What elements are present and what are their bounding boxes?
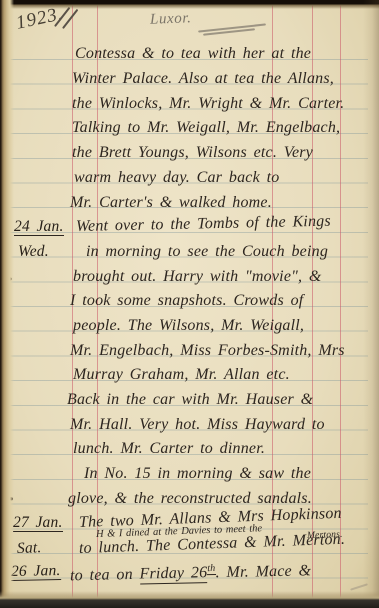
margin-date-27jan: 27 Jan. — [13, 514, 63, 532]
diary-line: Winter Palace. Also at tea the Allans, — [72, 69, 334, 89]
diary-page-photo: 1923. Luxor. Contessa & to tea with her … — [0, 0, 379, 608]
photo-bottom-edge — [0, 591, 379, 608]
diary-line-segment: to tea on — [70, 566, 140, 584]
book-binding-edge — [0, 0, 14, 608]
diary-line: I took some snapshots. Crowds of — [70, 291, 303, 311]
diary-line: Contessa & to tea with her at the — [75, 44, 311, 64]
diary-line: lunch. Mr. Carter to dinner. — [73, 439, 265, 459]
diary-line: Mr. Hall. Very hot. Miss Hayward to — [70, 415, 325, 435]
diary-line: Mr. Engelbach, Miss Forbes-Smith, Mrs — [70, 341, 345, 361]
diary-line-segment: . Mr. Mace & — [215, 562, 311, 581]
diary-line: Back in the car with Mr. Hauser & — [67, 390, 313, 410]
margin-date-26jan: 26 Jan. — [11, 562, 61, 581]
diary-line: brought out. Harry with "movie", & — [73, 267, 322, 287]
diary-line: the Brett Youngs, Wilsons etc. Very — [72, 143, 313, 163]
diary-line: Murray Graham, Mr. Allan etc. — [73, 365, 290, 385]
diary-line: to tea on Friday 26th. Mr. Mace & — [70, 557, 312, 586]
margin-day-24jan: Wed. — [18, 243, 49, 260]
diary-line: Talking to Mr. Weigall, Mr. Engelbach, — [72, 118, 340, 138]
margin-date-24jan: 24 Jan. — [14, 218, 64, 236]
photo-top-edge — [0, 0, 379, 9]
ordinal-suffix: th — [207, 563, 215, 575]
diary-line: warm heavy day. Car back to — [74, 168, 279, 188]
underlined-date-text: Friday 26 — [139, 564, 207, 584]
margin-day-27jan: Sat. — [17, 539, 42, 557]
diary-line: the Winlocks, Mr. Wright & Mr. Carter. — [72, 94, 344, 114]
page-heading: Luxor. — [150, 10, 192, 28]
page-right-edge — [363, 0, 379, 608]
diary-line: Mr. Carter's & walked home. — [70, 193, 272, 213]
diary-line: In No. 15 in morning & saw the — [84, 464, 311, 484]
diary-line: people. The Wilsons, Mr. Weigall, — [73, 316, 304, 336]
diary-line: in morning to see the Couch being — [86, 242, 328, 262]
